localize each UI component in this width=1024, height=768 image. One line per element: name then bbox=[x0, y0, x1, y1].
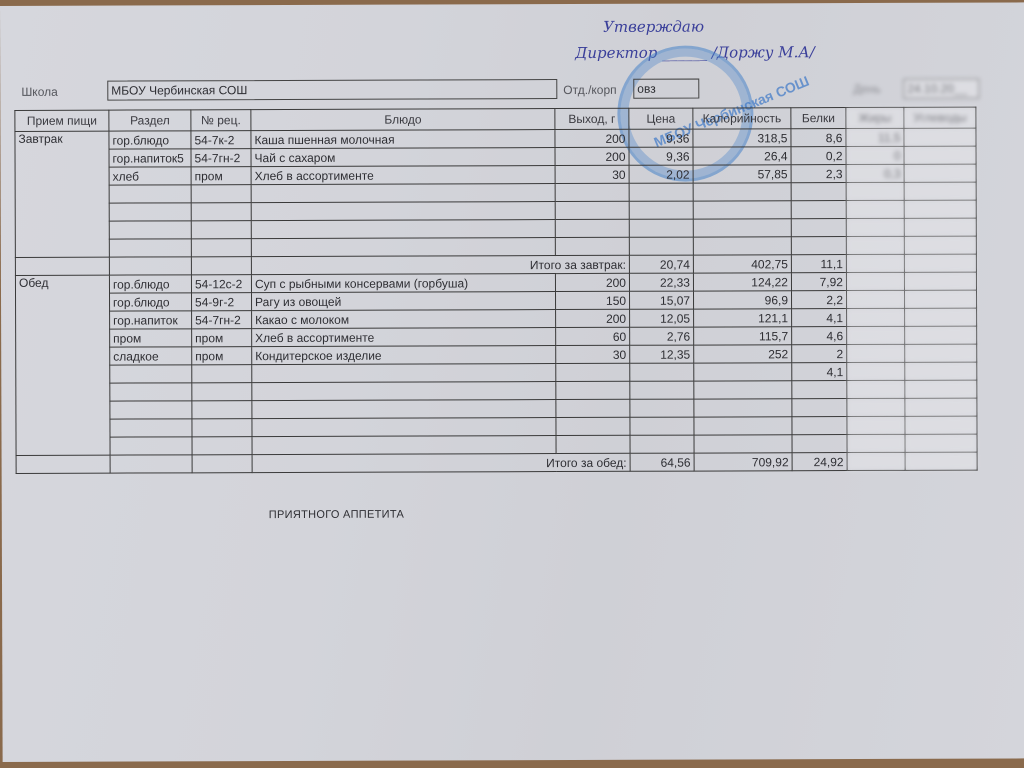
cell-carbs bbox=[904, 290, 976, 308]
cell-dish: Хлеб в ассортименте bbox=[252, 328, 556, 347]
cell-dish: Каша пшенная молочная bbox=[251, 130, 555, 149]
empty-cell bbox=[192, 455, 252, 473]
cell-carbs bbox=[905, 362, 977, 380]
cell-fat bbox=[847, 434, 905, 452]
cell-output: 150 bbox=[556, 291, 630, 309]
cell-carbs bbox=[904, 164, 976, 182]
cell-recipe: 54-9г-2 bbox=[192, 293, 252, 311]
total-label: Итого за обед: bbox=[252, 453, 630, 472]
cell-carbs bbox=[904, 146, 976, 164]
cell-recipe: 54-7к-2 bbox=[191, 131, 251, 149]
total-protein: 11,1 bbox=[791, 255, 846, 273]
cell-output bbox=[556, 435, 630, 453]
cell-section: гор.напиток5 bbox=[109, 149, 191, 167]
cell-calories: 124,22 bbox=[693, 273, 791, 291]
cell-output bbox=[555, 201, 629, 219]
cell-fat: 0 bbox=[846, 146, 904, 164]
cell-carbs bbox=[905, 326, 977, 344]
cell-calories: 121,1 bbox=[694, 309, 792, 327]
cell-protein: 8,6 bbox=[791, 129, 846, 147]
cell-recipe: пром bbox=[191, 167, 251, 185]
cell-recipe bbox=[191, 203, 251, 221]
cell-price bbox=[630, 435, 694, 453]
cell-price bbox=[630, 417, 694, 435]
cell-price: 2,76 bbox=[630, 327, 694, 345]
cell-output: 200 bbox=[556, 309, 630, 327]
cell-recipe bbox=[192, 419, 252, 437]
day-label: День bbox=[853, 82, 881, 96]
cell-calories bbox=[693, 237, 791, 255]
cell-dish bbox=[252, 364, 556, 383]
cell-price: 12,05 bbox=[630, 309, 694, 327]
cell-fat bbox=[847, 362, 905, 380]
cell-output bbox=[556, 363, 630, 381]
cell-fat bbox=[846, 290, 904, 308]
cell-section bbox=[109, 203, 191, 221]
cell-protein bbox=[792, 381, 847, 399]
cell-dish bbox=[251, 184, 555, 203]
cell-dish: Суп с рыбными консервами (горбуша) bbox=[251, 274, 555, 293]
cell-recipe: 54-12с-2 bbox=[191, 275, 251, 293]
cell-section bbox=[109, 221, 191, 239]
cell-dish bbox=[252, 418, 556, 437]
cell-protein: 2 bbox=[792, 345, 847, 363]
cell-price bbox=[629, 219, 693, 237]
cell-price: 15,07 bbox=[629, 291, 693, 309]
cell-protein: 4,1 bbox=[792, 309, 847, 327]
day-field: 24.10.20__ bbox=[903, 79, 979, 99]
cell-dish: Чай с сахаром bbox=[251, 148, 555, 167]
cell-price bbox=[630, 381, 694, 399]
cell-price: 9,36 bbox=[629, 129, 693, 147]
cell-protein bbox=[792, 417, 847, 435]
cell-calories bbox=[694, 363, 792, 381]
lunch-section: Обедгор.блюдо54-12с-2Суп с рыбными консе… bbox=[15, 272, 977, 473]
cell-calories bbox=[693, 219, 791, 237]
total-carbs bbox=[904, 254, 976, 272]
approval-heading: Утверждаю bbox=[603, 18, 704, 36]
cell-recipe bbox=[192, 365, 252, 383]
cell-protein bbox=[791, 219, 846, 237]
cell-price: 22,33 bbox=[629, 273, 693, 291]
cell-carbs bbox=[905, 416, 977, 434]
cell-recipe bbox=[192, 401, 252, 419]
col-price: Цена bbox=[629, 108, 693, 129]
approval-signature: Директор ______ /Доржу М.А/ bbox=[575, 43, 815, 62]
cell-output bbox=[556, 417, 630, 435]
col-calories: Калорийность bbox=[693, 108, 791, 129]
cell-output: 200 bbox=[555, 147, 629, 165]
cell-protein: 4,1 bbox=[792, 363, 847, 381]
col-output: Выход, г bbox=[555, 108, 629, 129]
cell-protein: 0,2 bbox=[791, 147, 846, 165]
cell-fat bbox=[847, 326, 905, 344]
cell-recipe bbox=[191, 239, 251, 257]
dept-label: Отд./корп bbox=[563, 83, 616, 97]
total-fat bbox=[847, 452, 905, 470]
cell-output bbox=[556, 399, 630, 417]
cell-dish: Кондитерское изделие bbox=[252, 346, 556, 365]
cell-calories: 96,9 bbox=[693, 291, 791, 309]
cell-carbs bbox=[904, 128, 976, 146]
cell-section: гор.блюдо bbox=[109, 131, 191, 149]
cell-dish bbox=[251, 238, 555, 257]
cell-output: 30 bbox=[555, 165, 629, 183]
cell-price bbox=[630, 399, 694, 417]
cell-protein bbox=[792, 399, 847, 417]
cell-price bbox=[629, 183, 693, 201]
cell-section: гор.блюдо bbox=[110, 293, 192, 311]
cell-price bbox=[629, 237, 693, 255]
menu-sheet: Утверждаю Директор ______ /Доржу М.А/ МБ… bbox=[0, 2, 1024, 762]
cell-fat bbox=[847, 308, 905, 326]
cell-carbs bbox=[905, 434, 977, 452]
cell-section: гор.блюдо bbox=[109, 275, 191, 293]
cell-price bbox=[630, 363, 694, 381]
cell-dish bbox=[251, 220, 555, 239]
cell-carbs bbox=[905, 308, 977, 326]
dept-field: овз bbox=[633, 79, 699, 99]
cell-output bbox=[555, 183, 629, 201]
cell-fat bbox=[847, 380, 905, 398]
total-label: Итого за завтрак: bbox=[251, 255, 629, 274]
cell-fat bbox=[846, 218, 904, 236]
cell-fat bbox=[846, 272, 904, 290]
cell-calories: 252 bbox=[694, 345, 792, 363]
col-protein: Белки bbox=[791, 108, 846, 129]
cell-section bbox=[110, 401, 192, 419]
cell-protein bbox=[791, 237, 846, 255]
cell-dish bbox=[252, 382, 556, 401]
cell-carbs bbox=[905, 380, 977, 398]
cell-carbs bbox=[904, 200, 976, 218]
cell-protein bbox=[791, 201, 846, 219]
cell-price: 9,36 bbox=[629, 147, 693, 165]
cell-calories: 115,7 bbox=[694, 327, 792, 345]
cell-recipe bbox=[191, 221, 251, 239]
cell-dish bbox=[252, 400, 556, 419]
cell-protein: 7,92 bbox=[791, 273, 846, 291]
cell-fat bbox=[847, 398, 905, 416]
cell-carbs bbox=[905, 398, 977, 416]
lunch-total-row: Итого за обед:64,56709,9224,92 bbox=[16, 452, 977, 473]
col-dish: Блюдо bbox=[251, 109, 555, 131]
cell-section bbox=[110, 437, 192, 455]
cell-recipe bbox=[192, 437, 252, 455]
cell-output: 30 bbox=[556, 345, 630, 363]
col-carbs: Углеводы bbox=[904, 107, 976, 128]
total-price: 20,74 bbox=[629, 255, 693, 273]
cell-output: 200 bbox=[555, 129, 629, 147]
cell-recipe: пром bbox=[192, 347, 252, 365]
cell-output: 200 bbox=[555, 273, 629, 291]
cell-recipe bbox=[192, 383, 252, 401]
total-protein: 24,92 bbox=[792, 453, 847, 471]
cell-dish bbox=[251, 202, 555, 221]
cell-section: гор.напиток bbox=[110, 311, 192, 329]
cell-calories bbox=[694, 417, 792, 435]
cell-calories bbox=[694, 399, 792, 417]
cell-calories: 318,5 bbox=[693, 129, 791, 147]
cell-fat bbox=[846, 236, 904, 254]
footer-message: ПРИЯТНОГО АППЕТИТА bbox=[269, 509, 404, 521]
cell-output bbox=[555, 237, 629, 255]
cell-fat bbox=[846, 200, 904, 218]
cell-output bbox=[556, 381, 630, 399]
cell-calories bbox=[693, 183, 791, 201]
cell-recipe bbox=[191, 185, 251, 203]
breakfast-section: Завтракгор.блюдо54-7к-2Каша пшенная моло… bbox=[15, 128, 976, 275]
cell-price: 12,35 bbox=[630, 345, 694, 363]
cell-section: пром bbox=[110, 329, 192, 347]
cell-protein bbox=[791, 183, 846, 201]
total-price: 64,56 bbox=[630, 453, 694, 471]
col-fat: Жиры bbox=[846, 107, 904, 128]
cell-output: 60 bbox=[556, 327, 630, 345]
total-calories: 709,92 bbox=[694, 453, 792, 471]
cell-dish: Какао с молоком bbox=[252, 310, 556, 329]
cell-dish: Рагу из овощей bbox=[252, 292, 556, 311]
cell-calories bbox=[693, 201, 791, 219]
cell-section: хлеб bbox=[109, 167, 191, 185]
cell-protein: 2,3 bbox=[791, 165, 846, 183]
cell-section bbox=[110, 365, 192, 383]
total-calories: 402,75 bbox=[693, 255, 791, 273]
cell-recipe: 54-7гн-2 bbox=[191, 149, 251, 167]
total-fat bbox=[846, 254, 904, 272]
meal-name: Завтрак bbox=[15, 131, 109, 257]
cell-recipe: 54-7гн-2 bbox=[192, 311, 252, 329]
empty-cell bbox=[15, 257, 109, 275]
cell-recipe: пром bbox=[192, 329, 252, 347]
cell-fat: 11,5 bbox=[846, 128, 904, 146]
cell-dish bbox=[252, 436, 556, 455]
empty-cell bbox=[191, 257, 251, 275]
cell-calories: 26,4 bbox=[693, 147, 791, 165]
empty-cell bbox=[16, 455, 110, 473]
col-section: Раздел bbox=[109, 110, 191, 131]
cell-calories bbox=[694, 435, 792, 453]
cell-fat bbox=[847, 344, 905, 362]
cell-carbs bbox=[905, 344, 977, 362]
cell-fat bbox=[846, 182, 904, 200]
menu-table: Прием пищи Раздел № рец. Блюдо Выход, г … bbox=[14, 107, 977, 474]
cell-section bbox=[109, 239, 191, 257]
cell-output bbox=[555, 219, 629, 237]
total-carbs bbox=[905, 452, 977, 470]
cell-protein: 4,6 bbox=[792, 327, 847, 345]
cell-protein bbox=[792, 435, 847, 453]
cell-section bbox=[109, 185, 191, 203]
cell-price: 2,02 bbox=[629, 165, 693, 183]
cell-carbs bbox=[904, 182, 976, 200]
cell-protein: 2,2 bbox=[791, 291, 846, 309]
cell-fat bbox=[847, 416, 905, 434]
school-label: Школа bbox=[21, 85, 58, 99]
school-field: МБОУ Чербинская СОШ bbox=[107, 79, 557, 101]
cell-fat: 0,3 bbox=[846, 164, 904, 182]
cell-calories bbox=[694, 381, 792, 399]
cell-calories: 57,85 bbox=[693, 165, 791, 183]
meal-name: Обед bbox=[15, 275, 110, 455]
empty-cell bbox=[110, 455, 192, 473]
empty-cell bbox=[109, 257, 191, 275]
cell-section: сладкое bbox=[110, 347, 192, 365]
cell-carbs bbox=[904, 218, 976, 236]
cell-price bbox=[629, 201, 693, 219]
cell-section bbox=[110, 419, 192, 437]
col-meal: Прием пищи bbox=[15, 110, 109, 131]
cell-dish: Хлеб в ассортименте bbox=[251, 166, 555, 185]
cell-carbs bbox=[904, 236, 976, 254]
cell-carbs bbox=[904, 272, 976, 290]
cell-section bbox=[110, 383, 192, 401]
col-recipe: № рец. bbox=[191, 110, 251, 131]
